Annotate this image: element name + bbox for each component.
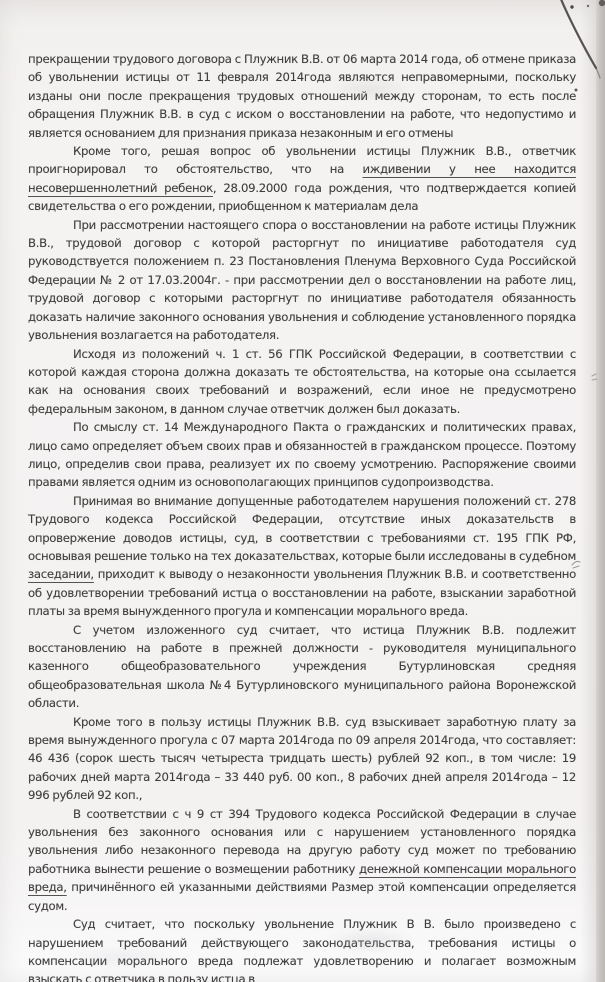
paragraph: При рассмотрении настоящего спора о восс… <box>28 216 576 345</box>
pen-underlined-phrase: денежной компенсации морального вреда, <box>28 862 576 894</box>
paragraph: В соответствии с ч 9 ст 394 Трудового ко… <box>28 805 576 915</box>
document-body: прекращении трудового договора с Плужник… <box>28 50 576 982</box>
scan-edge-shadow <box>580 0 596 982</box>
pen-underlined-phrase: заседании, <box>28 567 94 581</box>
paragraph: Кроме того, решая вопрос об увольнении и… <box>28 142 576 216</box>
paragraph: Принимая во внимание допущенные работода… <box>28 492 576 621</box>
scan-edge-strip <box>596 0 605 982</box>
pen-underlined-phrase: иждивении у нее находится несовершенноле… <box>28 162 576 194</box>
paper-smudge <box>330 78 410 100</box>
scanned-page: прекращении трудового договора с Плужник… <box>0 0 605 982</box>
paragraph: Кроме того в пользу истицы Плужник В.В. … <box>28 713 576 805</box>
paper-smudge <box>60 945 180 969</box>
paragraph: Исходя из положений ч. 1 ст. 56 ГПК Росс… <box>28 345 576 419</box>
paragraph: По смыслу ст. 14 Международного Пакта о … <box>28 418 576 492</box>
paper-smudge <box>325 928 415 954</box>
paragraph: прекращении трудового договора с Плужник… <box>28 50 576 142</box>
paragraph: С учетом изложенного суд считает, что ис… <box>28 621 576 713</box>
